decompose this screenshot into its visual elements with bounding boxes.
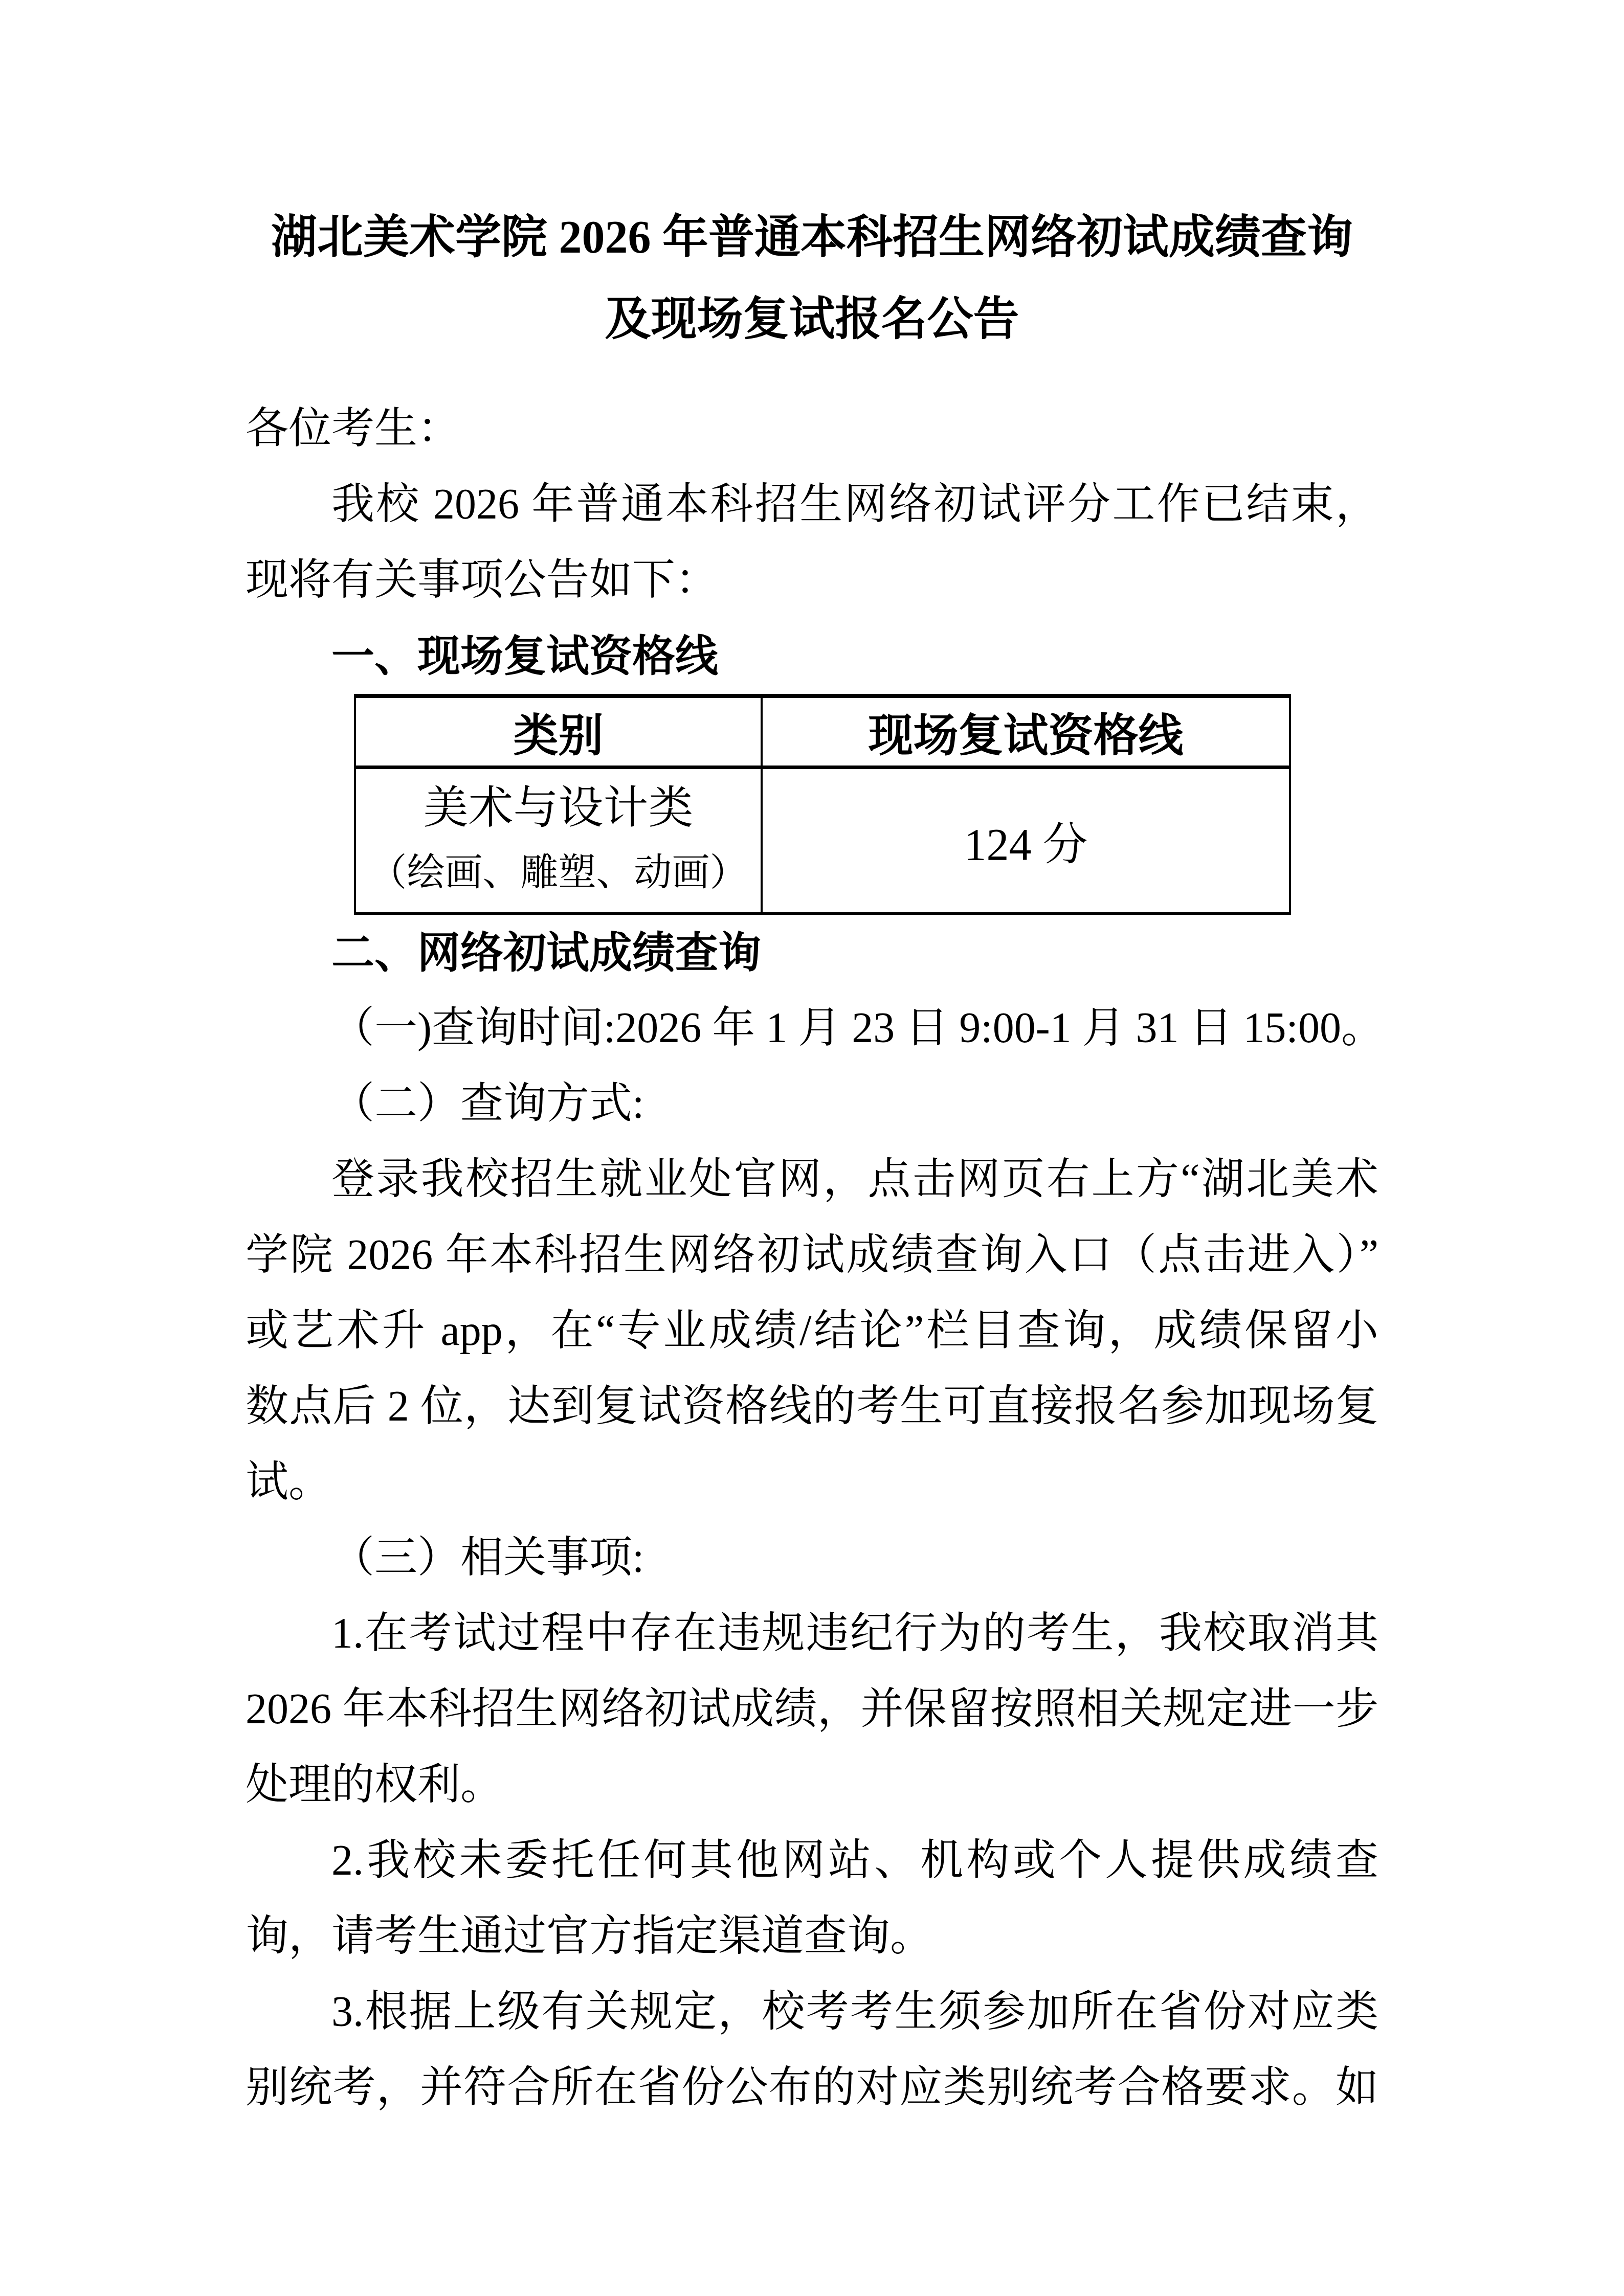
- category-detail: （绘画、雕塑、动画）: [357, 841, 760, 906]
- section2-heading: 二、网络初试成绩查询: [246, 915, 1378, 991]
- method-line-1: 登录我校招生就业处官网，点击网页右上方“湖北美术: [246, 1142, 1378, 1218]
- score-value: 124 分: [964, 820, 1087, 870]
- table-data-row: 美术与设计类 （绘画、雕塑、动画） 124 分: [355, 768, 1290, 914]
- method-line-4: 数点后 2 位，达到复试资格线的考生可直接报名参加现场复: [246, 1369, 1378, 1445]
- method-line-5: 试。: [246, 1445, 1378, 1520]
- item3-line-1: 3.根据上级有关规定，校考考生须参加所在省份对应类: [246, 1974, 1378, 2050]
- query-time-line: （一)查询时间:2026 年 1 月 23 日 9:00-1 月 31 日 15…: [246, 991, 1378, 1066]
- document-title: 湖北美术学院 2026 年普通本科招生网络初试成绩查询 及现场复试报名公告: [246, 197, 1378, 361]
- method-line-3: 或艺术升 app，在“专业成绩/结论”栏目查询，成绩保留小: [246, 1293, 1378, 1369]
- title-line-1: 湖北美术学院 2026 年普通本科招生网络初试成绩查询: [246, 197, 1378, 279]
- query-method-label: （二）查询方式:: [246, 1066, 1378, 1142]
- document-body: 各位考生： 我校 2026 年普通本科招生网络初试评分工作已结束， 现将有关事项…: [246, 391, 1378, 2126]
- item1-line-3: 处理的权利。: [246, 1747, 1378, 1823]
- method-line-2: 学院 2026 年本科招生网络初试成绩查询入口（点击进入）”: [246, 1218, 1378, 1293]
- item3-line-2: 别统考，并符合所在省份公布的对应类别统考合格要求。如: [246, 2050, 1378, 2126]
- intro-line-2: 现将有关事项公告如下：: [246, 543, 1378, 618]
- related-items-label: （三）相关事项:: [246, 1520, 1378, 1596]
- title-line-2: 及现场复试报名公告: [246, 279, 1378, 361]
- item2-line-2: 询，请考生通过官方指定渠道查询。: [246, 1899, 1378, 1974]
- table-header-row: 类别 现场复试资格线: [355, 696, 1290, 768]
- score-line-table: 类别 现场复试资格线 美术与设计类 （绘画、雕塑、动画） 124 分: [354, 694, 1291, 915]
- salutation: 各位考生：: [246, 391, 1378, 467]
- item1-line-1: 1.在考试过程中存在违规违纪行为的考生，我校取消其: [246, 1596, 1378, 1672]
- category-name: 美术与设计类: [357, 776, 760, 841]
- score-cell: 124 分: [762, 768, 1290, 914]
- item1-line-2: 2026 年本科招生网络初试成绩，并保留按照相关规定进一步: [246, 1672, 1378, 1747]
- item2-line-1: 2.我校未委托任何其他网站、机构或个人提供成绩查: [246, 1823, 1378, 1899]
- section1-heading: 一、现场复试资格线: [246, 618, 1378, 694]
- table-header-category: 类别: [355, 696, 762, 768]
- table-header-scoreline: 现场复试资格线: [762, 696, 1290, 768]
- category-cell: 美术与设计类 （绘画、雕塑、动画）: [355, 768, 762, 914]
- announcement-page: 湖北美术学院 2026 年普通本科招生网络初试成绩查询 及现场复试报名公告 各位…: [0, 0, 1624, 2296]
- intro-line-1: 我校 2026 年普通本科招生网络初试评分工作已结束，: [246, 467, 1378, 543]
